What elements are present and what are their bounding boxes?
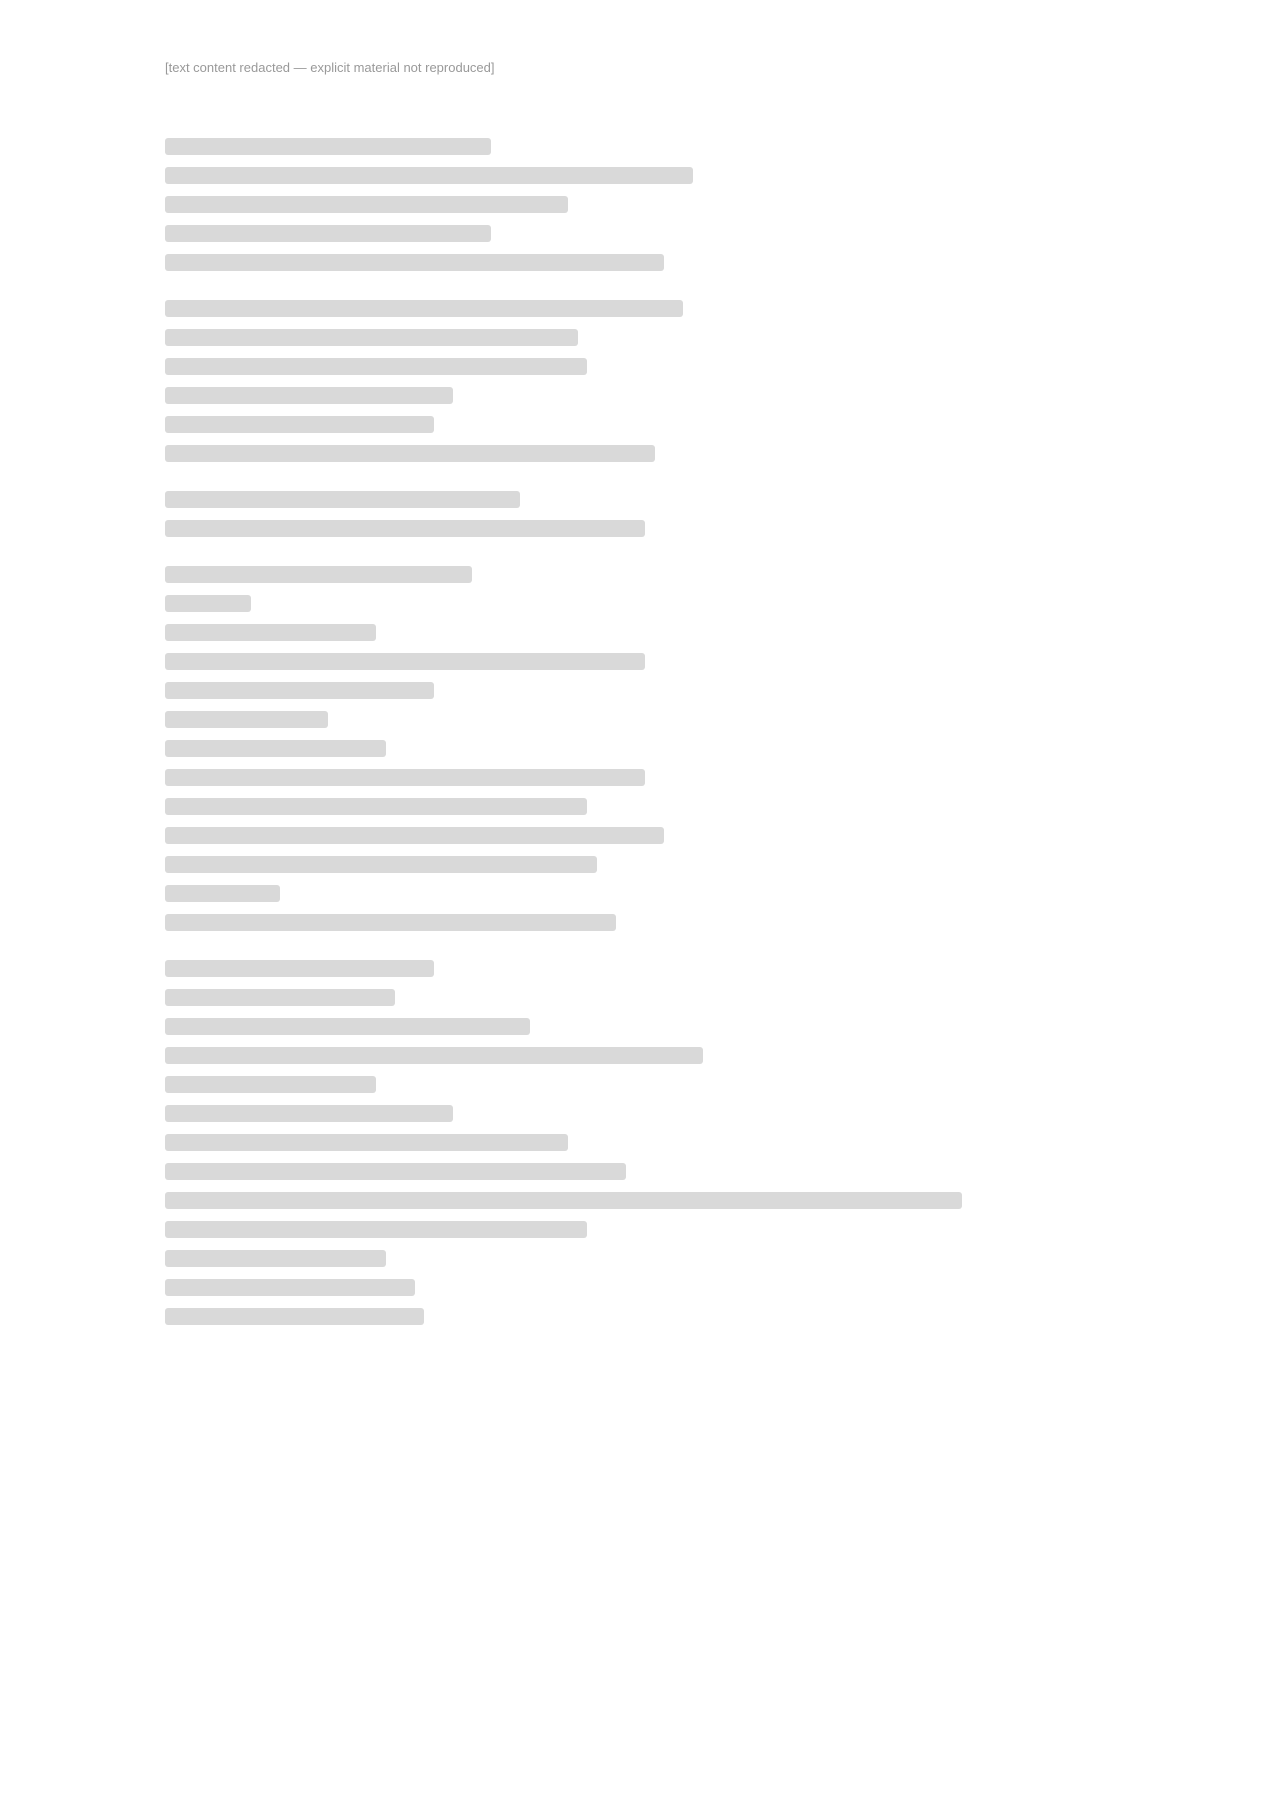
- redacted-text-line: [165, 416, 434, 433]
- redacted-text-line: [165, 989, 395, 1006]
- redacted-text-line: [165, 1018, 530, 1035]
- redacted-text-line: [165, 387, 453, 404]
- redacted-text-line: [165, 138, 491, 155]
- redacted-text-line: [165, 491, 520, 508]
- redacted-text-line: [165, 1076, 376, 1093]
- redacted-text-line: [165, 1134, 568, 1151]
- redacted-text-line: [165, 798, 587, 815]
- redacted-text-line: [165, 566, 472, 583]
- redacted-text-line: [165, 624, 376, 641]
- redacted-text-line: [165, 1250, 386, 1267]
- redacted-text-line: [165, 1279, 415, 1296]
- redacted-text-line: [165, 827, 664, 844]
- redacted-text-line: [165, 856, 597, 873]
- redacted-text-line: [165, 167, 693, 184]
- redacted-text-line: [165, 520, 645, 537]
- redacted-text-line: [165, 595, 251, 612]
- redacted-text-line: [165, 1308, 424, 1325]
- redacted-text-line: [165, 769, 645, 786]
- redacted-text-line: [165, 653, 645, 670]
- redaction-note: [text content redacted — explicit materi…: [165, 60, 495, 75]
- redacted-text-line: [165, 914, 616, 931]
- paragraph: [165, 138, 1125, 271]
- redacted-text-line: [165, 445, 655, 462]
- paragraph: [165, 300, 1125, 462]
- paragraph: [165, 566, 1125, 931]
- redacted-text-line: [165, 1105, 453, 1122]
- redacted-text-line: [165, 711, 328, 728]
- redacted-text-line: [165, 682, 434, 699]
- paragraph: [165, 960, 1125, 1325]
- redacted-text-line: [165, 1192, 962, 1209]
- paragraph: [165, 491, 1125, 537]
- redacted-text-line: [165, 225, 491, 242]
- redacted-text-line: [165, 196, 568, 213]
- redacted-text-line: [165, 1163, 626, 1180]
- redacted-text-line: [165, 254, 664, 271]
- redacted-text-line: [165, 1047, 703, 1064]
- redacted-text-line: [165, 1221, 587, 1238]
- redacted-text-line: [165, 960, 434, 977]
- redacted-text-line: [165, 329, 578, 346]
- redacted-text-line: [165, 358, 587, 375]
- redacted-text-line: [165, 885, 280, 902]
- document-page: [text content redacted — explicit materi…: [0, 0, 1280, 1811]
- text-block: [165, 138, 1125, 1354]
- redacted-text-line: [165, 300, 683, 317]
- redacted-text-line: [165, 740, 386, 757]
